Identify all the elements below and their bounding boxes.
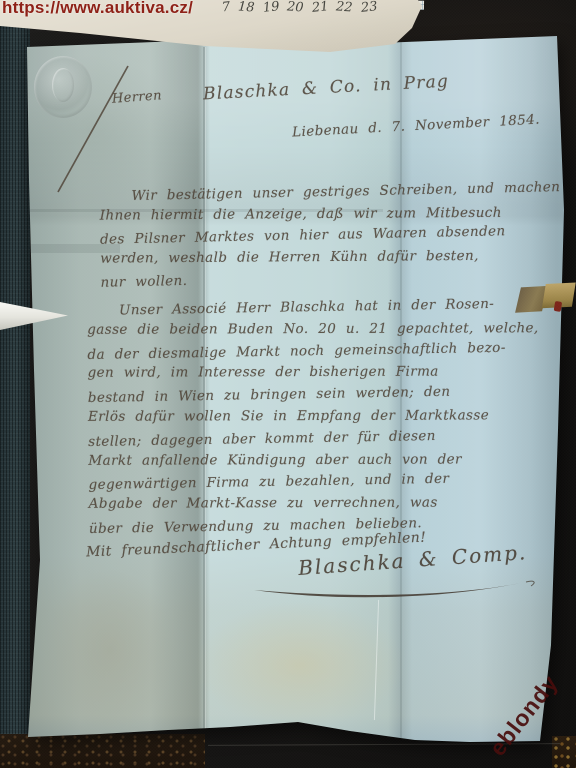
letter-sheet-wrap: Herren Blaschka & Co. in Prag Liebenau d… — [0, 0, 576, 768]
brass-clasp-red-detail — [554, 301, 562, 312]
letter-sheet: Herren Blaschka & Co. in Prag Liebenau d… — [0, 0, 576, 768]
pencil-number: 22 — [336, 0, 354, 16]
letter-paragraph-2: Unser Associé Herr Blaschka hat in der R… — [87, 295, 551, 539]
letter-paragraph-1: Wir bestätigen unser gestriges Schreiben… — [99, 179, 550, 292]
auction-photo-of-letter: Herren Blaschka & Co. in Prag Liebenau d… — [0, 0, 576, 768]
source-url-overlay: https://www.auktiva.cz/ — [2, 0, 193, 18]
pencil-number: 20 — [287, 0, 305, 16]
pencil-number: 23 — [360, 0, 378, 16]
pencil-lot-numbers: 7 18 19 20 21 22 23 — [222, 0, 378, 15]
signature-flourish — [250, 576, 540, 606]
pencil-number: 7 — [221, 0, 231, 15]
pencil-number: 21 — [311, 0, 329, 16]
pencil-number: 18 — [238, 0, 256, 16]
brass-clasp — [517, 281, 576, 318]
pencil-number: 19 — [262, 0, 280, 16]
